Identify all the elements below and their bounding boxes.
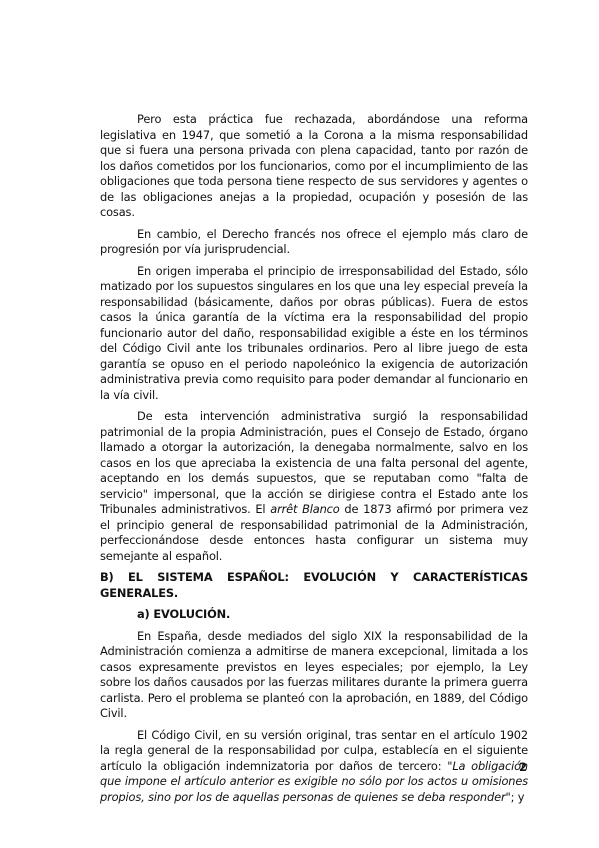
paragraph-codigo-civil: El Código Civil, en su versión original,… — [100, 728, 528, 806]
section-heading-line2: GENERALES. — [100, 586, 178, 600]
page-number: 2 — [519, 760, 527, 774]
paragraph-text: De esta intervención administrativa surg… — [100, 409, 528, 516]
section-heading-b: B) EL SISTEMA ESPAÑOL: EVOLUCIÓN Y CARAC… — [100, 570, 528, 601]
italic-case-name: arrêt Blanco — [270, 502, 339, 516]
document-page: Pero esta práctica fue rechazada, abordá… — [0, 0, 599, 848]
paragraph-reforma-1947: Pero esta práctica fue rechazada, abordá… — [100, 112, 528, 221]
section-heading-line1: B) EL SISTEMA ESPAÑOL: EVOLUCIÓN Y CARAC… — [100, 570, 528, 586]
subsection-heading-evolucion: a) EVOLUCIÓN. — [100, 607, 528, 623]
paragraph-irresponsabilidad-estado: En origen imperaba el principio de irres… — [100, 264, 528, 404]
paragraph-espana-siglo-xix: En España, desde mediados del siglo XIX … — [100, 629, 528, 722]
paragraph-derecho-frances: En cambio, el Derecho francés nos ofrece… — [100, 227, 528, 258]
paragraph-intervencion-administrativa: De esta intervención administrativa surg… — [100, 409, 528, 564]
document-body: Pero esta práctica fue rechazada, abordá… — [100, 112, 528, 811]
paragraph-text: "; y — [505, 790, 524, 804]
